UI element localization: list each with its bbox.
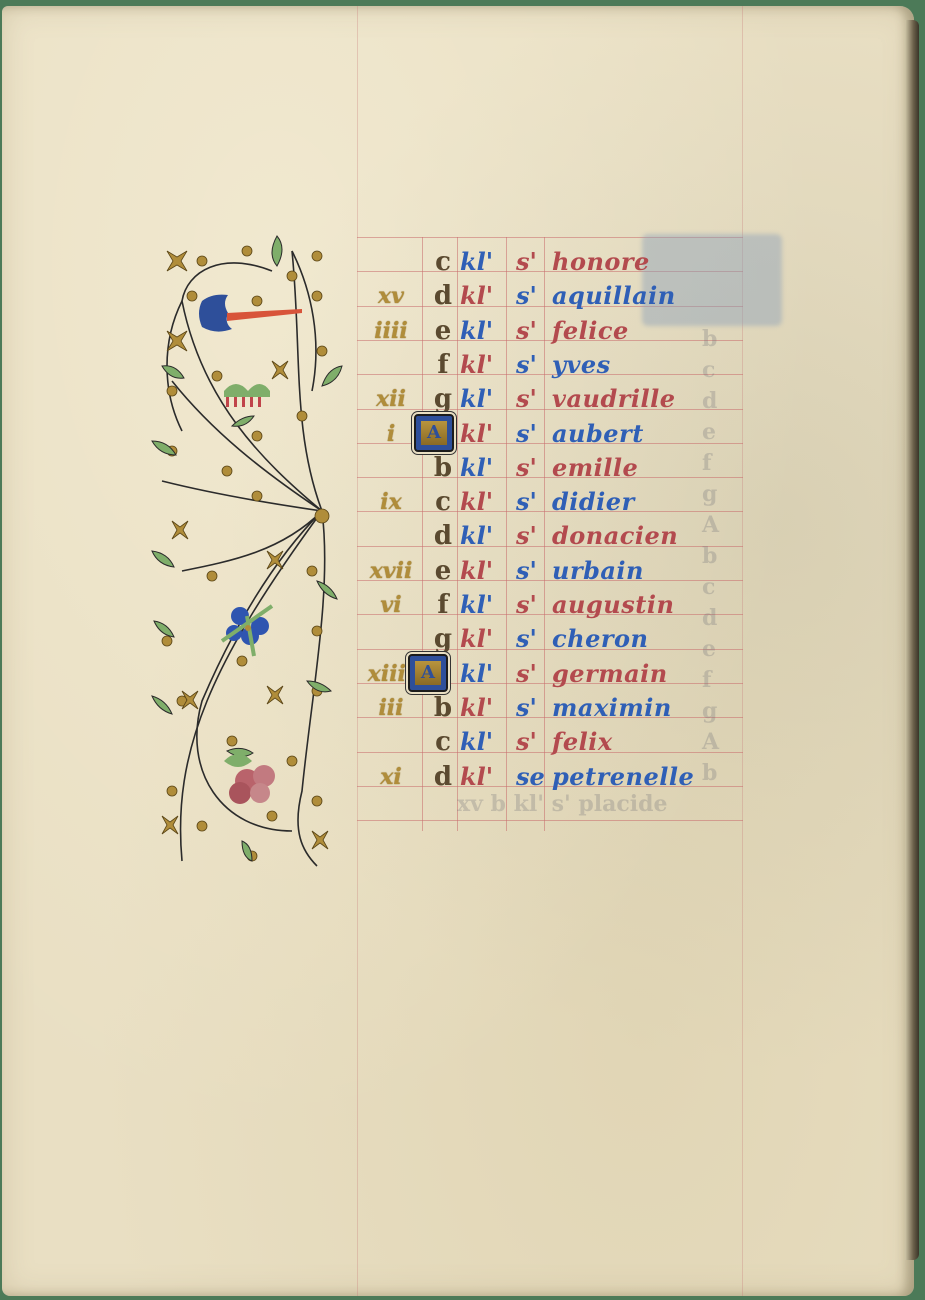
calendar-row: iii b kl' s' maximin — [342, 691, 762, 725]
kalends-abbrev: kl' — [460, 245, 500, 279]
dominical-letter: d — [430, 519, 456, 553]
kalends-abbrev: kl' — [460, 417, 500, 451]
kalends-abbrev: kl' — [460, 279, 500, 313]
calendar-row: ix c kl' s' didier — [342, 485, 762, 519]
calendar-row: d kl' s' donacien — [342, 519, 762, 553]
saint-name: urbain — [552, 554, 644, 588]
ruling-line — [357, 820, 743, 821]
bleed-through-text: xv b kl' s' placide — [457, 791, 668, 817]
kalends-abbrev: kl' — [460, 314, 500, 348]
saint-name: petrenelle — [552, 760, 694, 794]
dominical-letter: b — [430, 691, 456, 725]
saint-name: augustin — [552, 588, 674, 622]
page-edge — [905, 20, 919, 1260]
saint-name: vaudrille — [552, 382, 676, 416]
dominical-letter: g — [430, 622, 456, 656]
dominical-letter: f — [430, 348, 456, 382]
dominical-letter: g — [430, 382, 456, 416]
saint-abbrev: s' — [516, 519, 546, 553]
dominical-letter: e — [430, 554, 456, 588]
blue-trumpet-flower — [199, 295, 302, 332]
dominical-letter: c — [430, 245, 456, 279]
saint-name: felice — [552, 314, 629, 348]
golden-number: vi — [356, 588, 426, 622]
red-rose — [224, 754, 275, 804]
calendar-row: b kl' s' emille — [342, 451, 762, 485]
dominical-letter: f — [430, 588, 456, 622]
kalends-abbrev: kl' — [460, 588, 500, 622]
saint-name: aquillain — [552, 279, 676, 313]
saint-name: cheron — [552, 622, 648, 656]
dominical-letter: d — [430, 760, 456, 794]
saint-abbrev: s' — [516, 485, 546, 519]
saint-name: felix — [552, 725, 613, 759]
kalends-abbrev: kl' — [460, 657, 500, 691]
calendar-row: xvii e kl' s' urbain — [342, 554, 762, 588]
golden-number: iiii — [356, 314, 426, 348]
kalends-abbrev: kl' — [460, 622, 500, 656]
kalends-abbrev: kl' — [460, 760, 500, 794]
floral-border — [142, 231, 352, 871]
golden-number: ix — [356, 485, 426, 519]
saint-abbrev: s' — [516, 279, 546, 313]
illuminated-initial: A — [414, 414, 454, 452]
saint-name: aubert — [552, 417, 644, 451]
saint-name: emille — [552, 451, 638, 485]
golden-number: xvii — [356, 554, 426, 588]
golden-number: xii — [356, 382, 426, 416]
kalends-abbrev: kl' — [460, 691, 500, 725]
calendar-row: vi f kl' s' augustin — [342, 588, 762, 622]
saint-name: honore — [552, 245, 650, 279]
calendar-row: iiii e kl' s' felice — [342, 314, 762, 348]
calendar-row: i kl' s' aubert A — [342, 417, 762, 451]
saint-abbrev: se — [516, 760, 546, 794]
saint-abbrev: s' — [516, 314, 546, 348]
saint-abbrev: s' — [516, 245, 546, 279]
saint-abbrev: s' — [516, 657, 546, 691]
saint-name: didier — [552, 485, 635, 519]
calendar-row: xi d kl' se petrenelle — [342, 760, 762, 794]
saint-name: germain — [552, 657, 668, 691]
kalends-abbrev: kl' — [460, 725, 500, 759]
calendar-row: c kl' s' felix — [342, 725, 762, 759]
manuscript-leaf: bcdefgAbcdefgAbxv b kl' s' placide — [2, 6, 914, 1296]
dominical-letter: c — [430, 725, 456, 759]
calendar-row: f kl' s' yves — [342, 348, 762, 382]
saint-name: yves — [552, 348, 611, 382]
saint-abbrev: s' — [516, 451, 546, 485]
dominical-letter: e — [430, 314, 456, 348]
initial-letter: A — [421, 421, 447, 445]
saint-abbrev: s' — [516, 554, 546, 588]
saint-abbrev: s' — [516, 588, 546, 622]
golden-number: xi — [356, 760, 426, 794]
saint-abbrev: s' — [516, 382, 546, 416]
saint-name: donacien — [552, 519, 678, 553]
calendar-row: xv d kl' s' aquillain — [342, 279, 762, 313]
kalends-abbrev: kl' — [460, 451, 500, 485]
kalends-abbrev: kl' — [460, 554, 500, 588]
kalends-abbrev: kl' — [460, 348, 500, 382]
kalends-abbrev: kl' — [460, 519, 500, 553]
golden-number: iii — [356, 691, 426, 725]
dominical-letter: b — [430, 451, 456, 485]
kalends-abbrev: kl' — [460, 382, 500, 416]
saint-abbrev: s' — [516, 622, 546, 656]
saint-abbrev: s' — [516, 417, 546, 451]
saint-abbrev: s' — [516, 725, 546, 759]
golden-number: xv — [356, 279, 426, 313]
kalends-abbrev: kl' — [460, 485, 500, 519]
blue-flower — [222, 606, 272, 656]
calendar-row: c kl' s' honore — [342, 245, 762, 279]
illuminated-initial: A — [408, 654, 448, 692]
calendar-row: xiiii kl' s' germain A — [342, 657, 762, 691]
dominical-letter: c — [430, 485, 456, 519]
saint-abbrev: s' — [516, 691, 546, 725]
bell-flower — [224, 384, 270, 407]
initial-letter: A — [415, 661, 441, 685]
saint-name: maximin — [552, 691, 672, 725]
saint-abbrev: s' — [516, 348, 546, 382]
calendar-row: g kl' s' cheron — [342, 622, 762, 656]
dominical-letter: d — [430, 279, 456, 313]
calendar-row: xii g kl' s' vaudrille — [342, 382, 762, 416]
